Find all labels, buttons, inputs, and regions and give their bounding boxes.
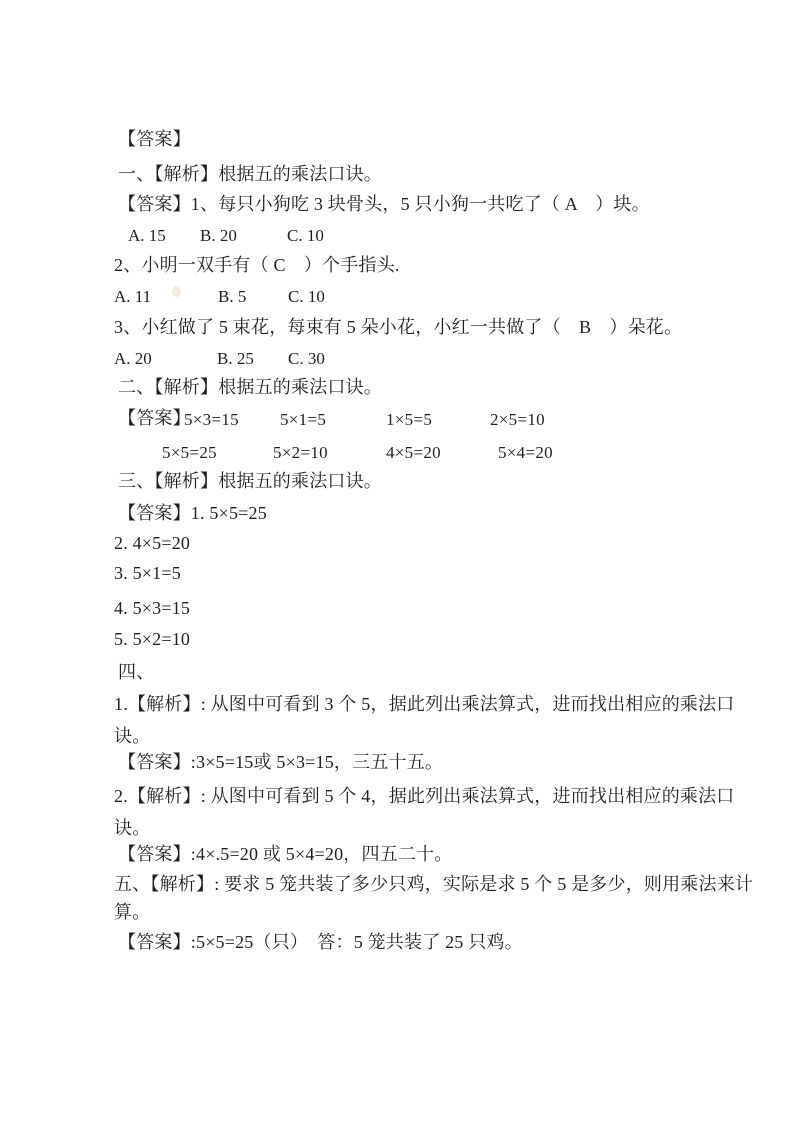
section3-answer-4: 4. 5×3=15 [114, 598, 190, 619]
section4-item2-answer: 【答案】:4×.5=20 或 5×4=20，四五二十。 [118, 844, 453, 865]
section4-item1-analysis-line2: 诀。 [114, 726, 150, 747]
q1-option-a: A. 15 [128, 226, 166, 246]
section3-answer-5: 5. 5×2=10 [114, 629, 190, 650]
equation-1x5: 1×5=5 [386, 410, 432, 430]
equation-5x3: 5×3=15 [184, 410, 239, 430]
q3-option-a: A. 20 [114, 349, 152, 369]
section3-answer-3: 3. 5×1=5 [114, 563, 181, 584]
section4-heading: 四、 [118, 662, 154, 683]
section2-answer-label: 【答案】 [118, 408, 191, 429]
q1-option-c: C. 10 [287, 226, 324, 246]
section3-answer-2: 2. 4×5=20 [114, 533, 190, 554]
equation-2x5: 2×5=10 [490, 410, 545, 430]
section3-answer-1: 【答案】1. 5×5=25 [118, 503, 267, 524]
equation-5x5: 5×5=25 [162, 443, 217, 463]
q3-option-b: B. 25 [217, 349, 254, 369]
section5-answer: 【答案】:5×5=25（只） 答：5 笼共装了 25 只鸡。 [118, 932, 523, 953]
stain-artifact [172, 286, 181, 297]
section4-item2-analysis-line1: 2.【解析】: 从图中可看到 5 个 4，据此列出乘法算式，进而找出相应的乘法口 [114, 786, 735, 807]
section3-heading: 三、【解析】根据五的乘法口诀。 [118, 471, 382, 492]
q1-option-b: B. 20 [200, 226, 237, 246]
section5-analysis-line2: 算。 [114, 902, 150, 923]
q2-option-c: C. 10 [288, 287, 325, 307]
section5-analysis-line1: 五、【解析】: 要求 5 笼共装了多少只鸡，实际是求 5 个 5 是多少，则用乘… [114, 874, 753, 895]
section1-heading: 一、【解析】根据五的乘法口诀。 [118, 164, 382, 185]
section1-question2: 2、小明一双手有（ C ）个手指头. [114, 255, 400, 276]
equation-5x4: 5×4=20 [498, 443, 553, 463]
section2-heading: 二、【解析】根据五的乘法口诀。 [118, 377, 382, 398]
section4-item2-analysis-line2: 诀。 [114, 818, 150, 839]
equation-4x5: 4×5=20 [386, 443, 441, 463]
section1-question1: 【答案】1、每只小狗吃 3 块骨头，5 只小狗一共吃了（ A ）块。 [118, 194, 650, 215]
section1-question3: 3、小红做了 5 束花，每束有 5 朵小花，小红一共做了（ B ）朵花。 [114, 317, 682, 338]
q2-option-a: A. 11 [114, 287, 151, 307]
section4-item1-answer: 【答案】:3×5=15或 5×3=15，三五十五。 [118, 752, 443, 773]
equation-5x2: 5×2=10 [273, 443, 328, 463]
equation-5x1: 5×1=5 [280, 410, 326, 430]
q2-option-b: B. 5 [218, 287, 246, 307]
section4-item1-analysis-line1: 1.【解析】: 从图中可看到 3 个 5，据此列出乘法算式，进而找出相应的乘法口 [114, 694, 735, 715]
answer-key-title: 【答案】 [118, 129, 191, 150]
q3-option-c: C. 30 [288, 349, 325, 369]
document-page: 【答案】 一、【解析】根据五的乘法口诀。 【答案】1、每只小狗吃 3 块骨头，5… [0, 0, 793, 1122]
